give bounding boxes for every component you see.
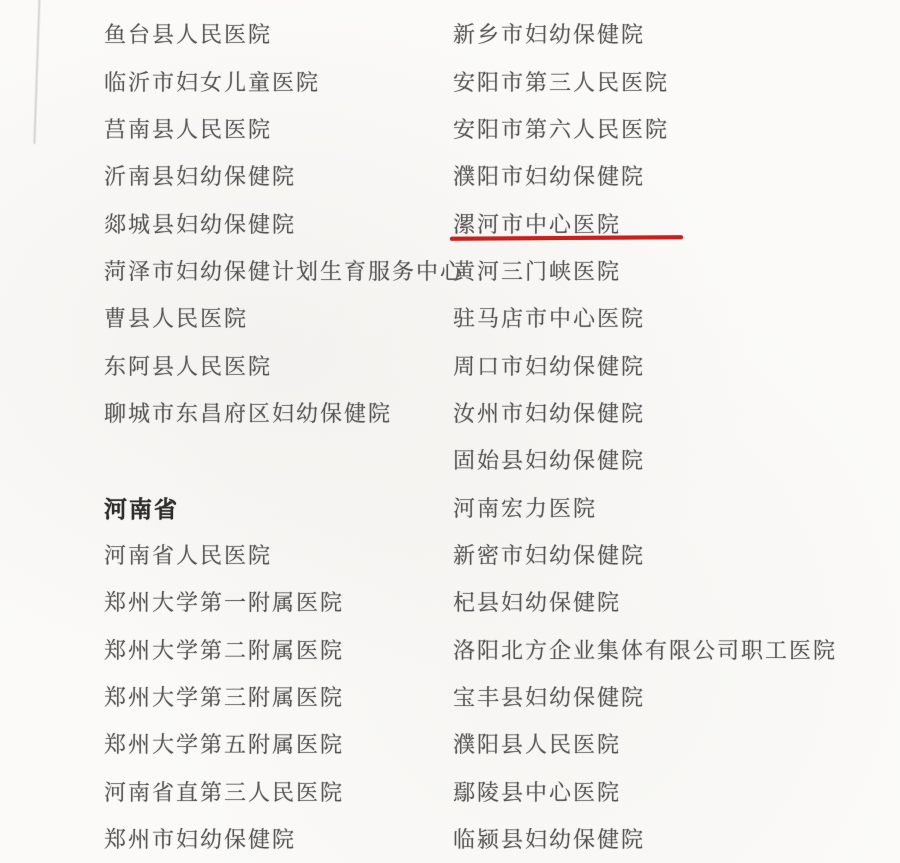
list-item: 濮阳市妇幼保健院 <box>453 152 873 199</box>
hospital-list-left-column: 鱼台县人民医院 临沂市妇女儿童医院 莒南县人民医院 沂南县妇幼保健院 郯城县妇幼… <box>104 10 464 862</box>
list-item: 固始县妇幼保健院 <box>453 436 873 483</box>
list-item: 临颍县妇幼保健院 <box>453 815 873 862</box>
list-item: 黄河三门峡医院 <box>453 247 873 294</box>
list-item: 安阳市第三人民医院 <box>453 57 873 104</box>
list-item: 新乡市妇幼保健院 <box>453 10 873 57</box>
list-item: 杞县妇幼保健院 <box>453 578 873 625</box>
list-item: 濮阳县人民医院 <box>453 720 873 767</box>
list-item: 莒南县人民医院 <box>104 105 464 152</box>
list-item: 鱼台县人民医院 <box>104 10 464 57</box>
list-item: 安阳市第六人民医院 <box>453 105 873 152</box>
list-item: 临沂市妇女儿童医院 <box>104 57 464 104</box>
list-item: 新密市妇幼保健院 <box>453 531 873 578</box>
scanned-document-page: 鱼台县人民医院 临沂市妇女儿童医院 莒南县人民医院 沂南县妇幼保健院 郯城县妇幼… <box>0 0 900 863</box>
list-item: 汝州市妇幼保健院 <box>453 389 873 436</box>
list-item: 郯城县妇幼保健院 <box>104 199 464 246</box>
list-item: 河南省直第三人民医院 <box>104 768 464 815</box>
scan-edge-artifact <box>33 0 40 144</box>
list-item: 曹县人民医院 <box>104 294 464 341</box>
list-item: 聊城市东昌府区妇幼保健院 <box>104 389 464 436</box>
list-item: 洛阳北方企业集体有限公司职工医院 <box>453 625 873 672</box>
list-item: 郑州大学第二附属医院 <box>104 625 464 672</box>
list-item: 东阿县人民医院 <box>104 341 464 388</box>
list-item: 驻马店市中心医院 <box>453 294 873 341</box>
list-item: 宝丰县妇幼保健院 <box>453 673 873 720</box>
list-item: 菏泽市妇幼保健计划生育服务中心 <box>104 247 464 294</box>
list-item: 郑州大学第三附属医院 <box>104 673 464 720</box>
list-item: 河南省人民医院 <box>104 531 464 578</box>
list-item: 河南宏力医院 <box>453 483 873 530</box>
hospital-list-right-column: 新乡市妇幼保健院 安阳市第三人民医院 安阳市第六人民医院 濮阳市妇幼保健院 漯河… <box>453 10 873 862</box>
list-item: 郑州市妇幼保健院 <box>104 815 464 862</box>
list-item: 郑州大学第一附属医院 <box>104 578 464 625</box>
list-item: 郑州大学第五附属医院 <box>104 720 464 767</box>
list-item: 沂南县妇幼保健院 <box>104 152 464 199</box>
list-item: 鄢陵县中心医院 <box>453 768 873 815</box>
list-item: 周口市妇幼保健院 <box>453 341 873 388</box>
section-header-henan: 河南省 <box>104 483 464 530</box>
